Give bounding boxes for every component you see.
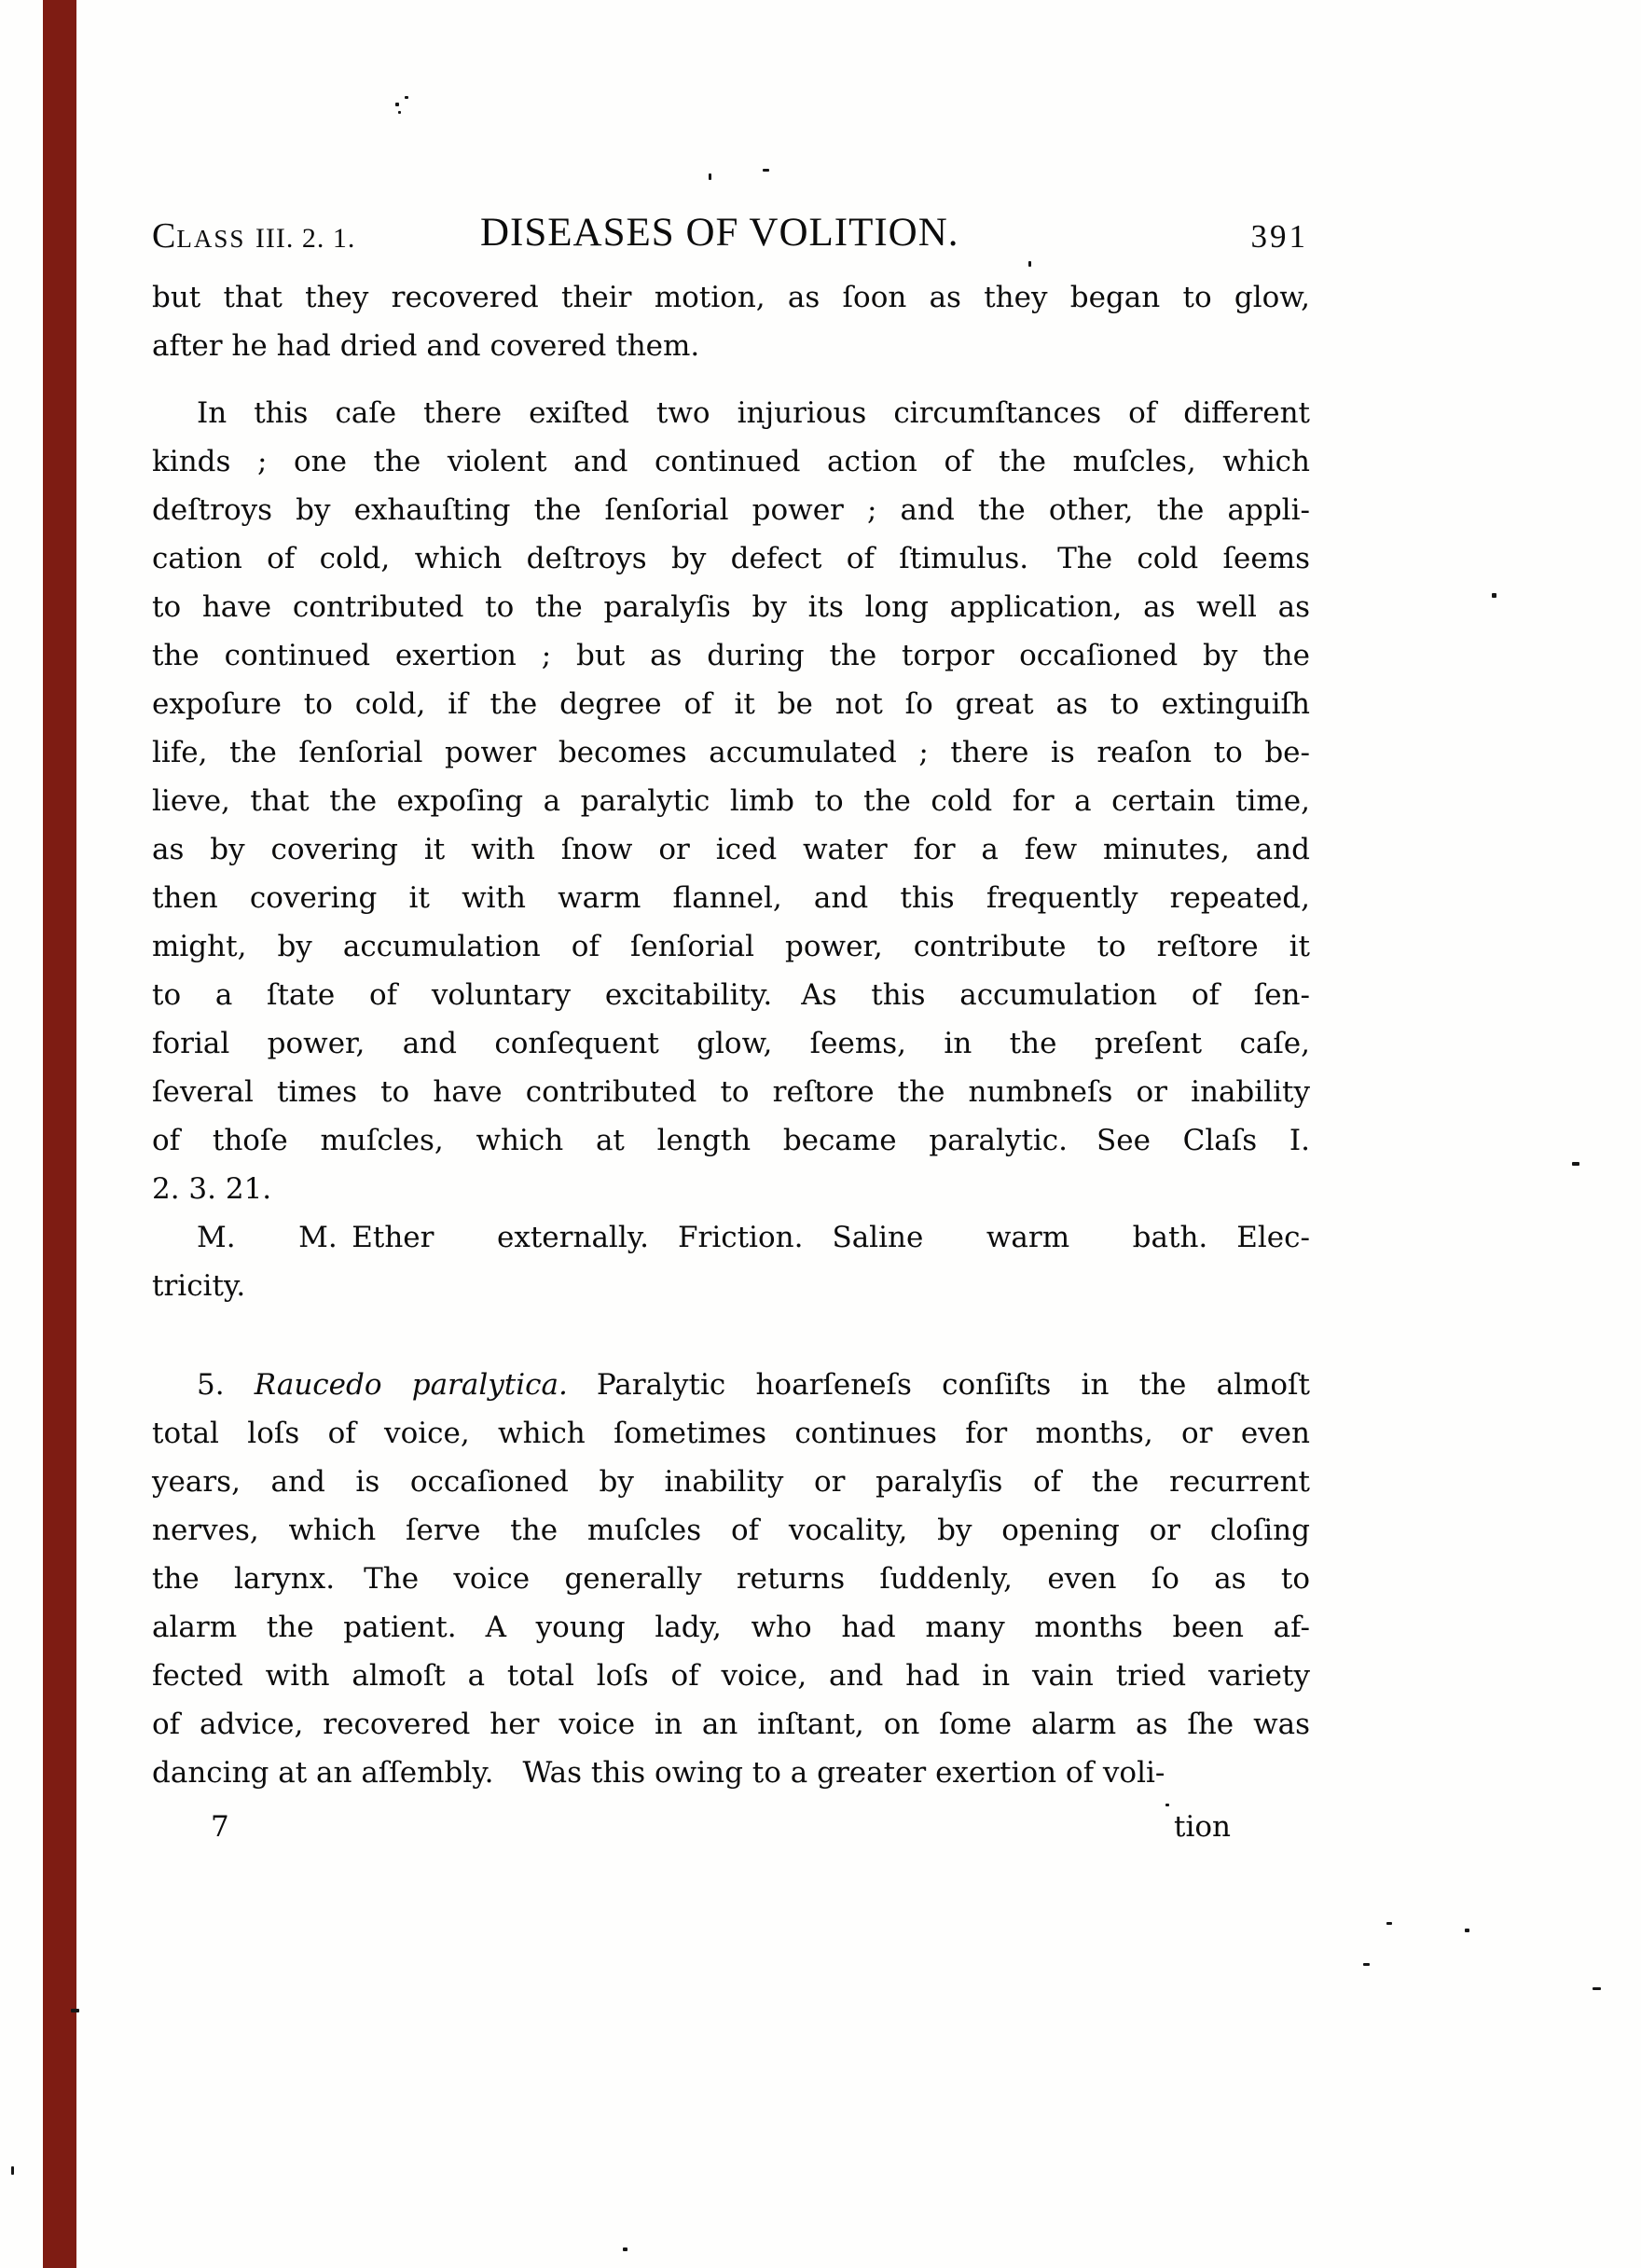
text-line: to have contributed to the paralyſis by … (152, 583, 1310, 631)
scan-speck (395, 103, 399, 106)
text-line: expoſure to cold, if the degree of it be… (152, 680, 1310, 728)
class-label-cap: C (152, 216, 176, 256)
paragraph: In this caſe there exiſted two injurious… (152, 389, 1310, 1213)
class-label-smallcaps: LASS (176, 225, 245, 253)
scan-speck (398, 111, 401, 114)
text-line: years, and is occaſioned by inability or… (152, 1458, 1310, 1506)
text-line: tricity. (152, 1262, 1310, 1310)
text-line: nerves, which ſerve the muſcles of vocal… (152, 1506, 1310, 1555)
scan-speck (623, 2247, 627, 2251)
scan-speck (1465, 1929, 1469, 1932)
book-edge-strip (43, 0, 76, 2268)
text-line: but that they recovered their motion, as… (152, 273, 1310, 322)
scan-speck (1572, 1162, 1579, 1166)
text-line: lieve, that the expoſing a paralytic lim… (152, 777, 1310, 825)
scan-speck (1386, 1922, 1392, 1925)
text-line: then covering it with warm flannel, and … (152, 874, 1310, 922)
scan-speck (1363, 1963, 1370, 1966)
section-title-italic: Raucedo paralytica. (255, 1368, 568, 1402)
paragraph: 5. Raucedo paralytica. Paralytic hoarſen… (152, 1361, 1310, 1797)
text-line: cation of cold, which deſtroys by defect… (152, 534, 1310, 583)
text-line: as by covering it with ſnow or iced wate… (152, 825, 1310, 874)
text-line: M. M. Ether externally. Friction. Saline… (152, 1213, 1310, 1262)
text-line: In this caſe there exiſted two injurious… (152, 389, 1310, 437)
text-line: the larynx. The voice generally returns … (152, 1555, 1310, 1603)
page-number: 391 (1251, 220, 1309, 253)
catchword: tion (1174, 1803, 1231, 1851)
running-header: CLASS III. 2. 1. DISEASES OF VOLITION. 3… (152, 211, 1310, 270)
text-line: after he had dried and covered them. (152, 322, 1310, 370)
text-line: 5. Raucedo paralytica. Paralytic hoarſen… (152, 1361, 1310, 1409)
signature-catchword-line: 7 tion (152, 1803, 1310, 1851)
text-block: but that they recovered their motion, as… (152, 273, 1310, 1851)
text-line: forial power, and conſequent glow, ſeems… (152, 1019, 1310, 1068)
text-line-fragment: Paralytic hoarſeneſs conſiſts in the alm… (568, 1368, 1310, 1402)
scan-speck (405, 96, 408, 99)
text-line: deſtroys by exhauſting the ſenſorial pow… (152, 486, 1310, 534)
scan-speck (1593, 1987, 1601, 1990)
text-line: to a ſtate of voluntary excitability. As… (152, 971, 1310, 1019)
text-line: of advice, recovered her voice in an inſ… (152, 1700, 1310, 1749)
scan-speck (1165, 1804, 1169, 1806)
header-title: DISEASES OF VOLITION. (480, 213, 959, 253)
signature-mark: 7 (211, 1803, 229, 1851)
text-line: ſeveral times to have contributed to reſ… (152, 1068, 1310, 1116)
text-line: of thoſe muſcles, which at length became… (152, 1116, 1310, 1165)
text-line: total loſs of voice, which ſometimes con… (152, 1409, 1310, 1458)
text-line: dancing at an aſſembly. Was this owing t… (152, 1749, 1310, 1797)
text-line: fected with almoſt a total loſs of voice… (152, 1652, 1310, 1700)
paragraph: M. M. Ether externally. Friction. Saline… (152, 1213, 1310, 1310)
scan-speck (1028, 261, 1031, 267)
header-class-label: CLASS III. 2. 1. (152, 218, 355, 254)
scan-speck (709, 173, 711, 180)
text-line: kinds ; one the violent and continued ac… (152, 437, 1310, 486)
section-number: 5. (197, 1368, 255, 1402)
paragraph: but that they recovered their motion, as… (152, 273, 1310, 370)
scan-speck (11, 2166, 14, 2175)
text-line: the continued exertion ; but as during t… (152, 631, 1310, 680)
text-line: life, the ſenſorial power becomes accumu… (152, 728, 1310, 777)
text-line: 2. 3. 21. (152, 1165, 1310, 1213)
scan-speck (71, 2009, 79, 2012)
book-page-scan: CLASS III. 2. 1. DISEASES OF VOLITION. 3… (0, 0, 1641, 2268)
scan-speck (763, 169, 769, 172)
text-line: might, by accumulation of ſenſorial powe… (152, 922, 1310, 971)
scan-speck (1492, 593, 1496, 598)
text-line: alarm the patient. A young lady, who had… (152, 1603, 1310, 1652)
class-label-numerals: III. 2. 1. (255, 223, 355, 254)
